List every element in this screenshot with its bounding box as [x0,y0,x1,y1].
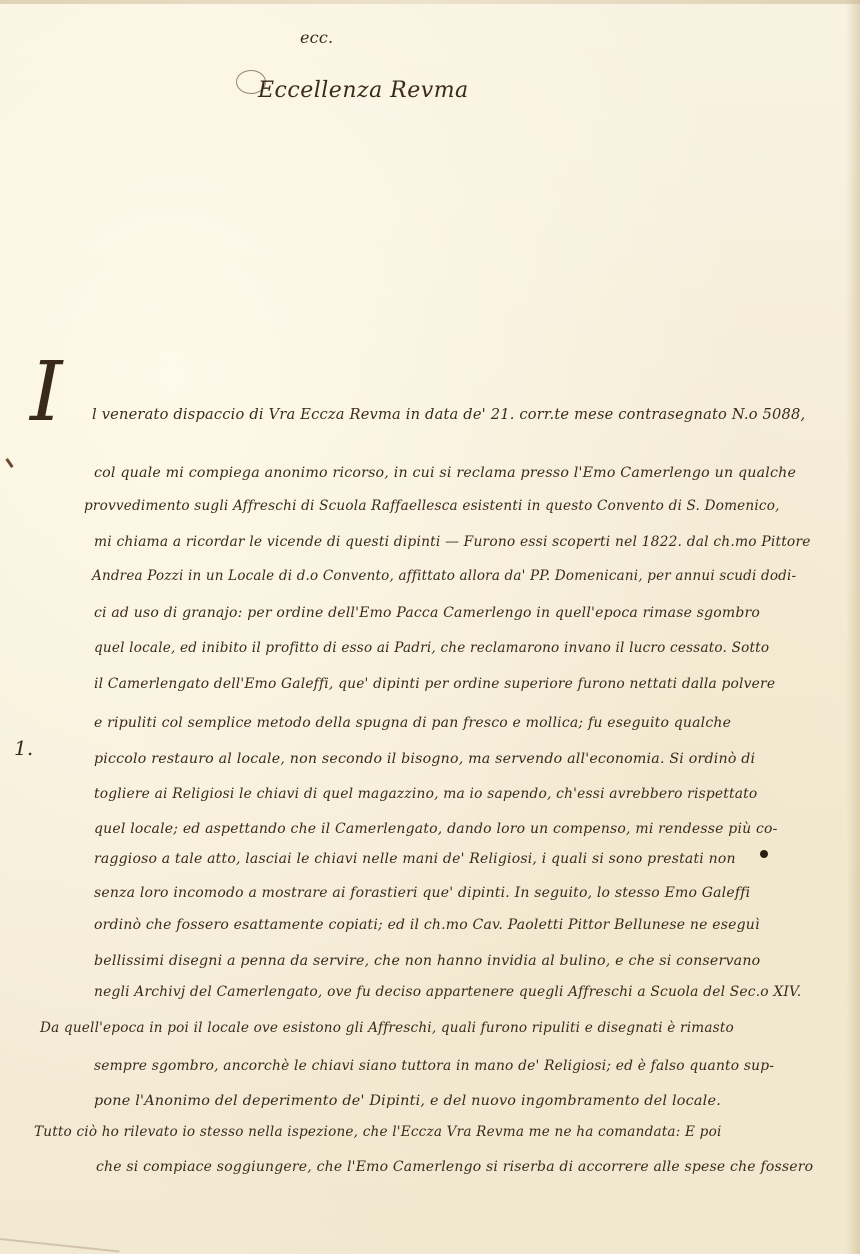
letter-line: il Camerlengato dell'Emo Galeffi, que' d… [94,678,775,692]
letter-line: Da quell'epoca in poi il locale ove esis… [40,1022,734,1036]
letter-line: col quale mi compiega anonimo ricorso, i… [94,466,796,480]
letter-line: bellissimi disegni a penna da servire, c… [94,954,760,968]
letter-line: e ripuliti col semplice metodo della spu… [94,716,731,730]
salutation: Eccellenza Revma [258,78,469,103]
page-right-edge [846,0,860,1254]
letter-line: quel locale; ed aspettando che il Camerl… [94,822,778,836]
letter-line: provvedimento sugli Affreschi di Scuola … [84,500,780,514]
margin-note-number: 1. [14,736,33,760]
letter-line: che si compiace soggiungere, che l'Emo C… [96,1160,813,1174]
letter-line: senza loro incomodo a mostrare ai forast… [94,886,750,900]
letter-line: Tutto ciò ho rilevato io stesso nella is… [34,1126,722,1140]
letter-line: ci ad uso di granajo: per ordine dell'Em… [94,606,760,620]
letter-line: quel locale, ed inibito il profitto di e… [94,642,769,656]
page-fold-mark [0,1238,119,1253]
ink-stroke-mark [5,458,13,468]
page-top-edge [0,0,860,4]
letter-line: togliere ai Religiosi le chiavi di quel … [94,788,757,802]
letter-line: ordinò che fossero esattamente copiati; … [94,918,760,932]
decorated-initial-capital: I [30,352,62,434]
letter-line: raggioso a tale atto, lasciai le chiavi … [94,852,736,866]
letter-line: mi chiama a ricordar le vicende di quest… [94,536,811,550]
salutation-abbreviation: ecc. [300,28,333,47]
manuscript-page: ecc. Eccellenza Revma I 1. l venerato di… [0,0,860,1254]
letter-line: negli Archivj del Camerlengato, ove fu d… [94,986,801,1000]
letter-line: pone l'Anonimo del deperimento de' Dipin… [94,1094,721,1108]
letter-line: sempre sgombro, ancorchè le chiavi siano… [94,1060,774,1074]
letter-line: l venerato dispaccio di Vra Eccza Revma … [92,408,805,423]
letter-line: Andrea Pozzi in un Locale di d.o Convent… [92,570,796,584]
ink-blot-mark [760,850,768,858]
letter-line: piccolo restauro al locale, non secondo … [94,752,755,766]
